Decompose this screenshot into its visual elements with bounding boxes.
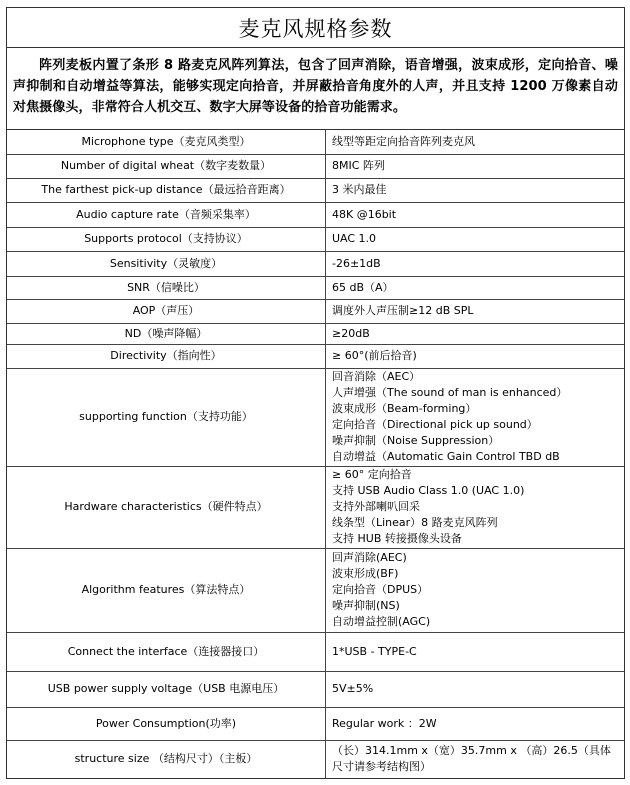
spec-value-line: 波束成形（Beam-forming） xyxy=(332,401,618,417)
spec-value-line: 1*USB - TYPE-C xyxy=(332,644,618,660)
spec-label: Hardware characteristics（硬件特点） xyxy=(7,466,326,548)
intro-paragraph: 阵列麦板内置了条形 8 路麦克风阵列算法，包含了回声消除，语音增强，波束成形，定… xyxy=(7,48,624,130)
spec-value-line: 8MIC 阵列 xyxy=(332,158,618,174)
table-row: Microphone type（麦克风类型）线型等距定向拾音阵列麦克风 xyxy=(7,130,624,154)
spec-label: structure size （结构尺寸）（主板） xyxy=(7,740,326,778)
table-row: The farthest pick-up distance（最远拾音距离）3 米… xyxy=(7,178,624,202)
spec-value-line: ≥ 60° 定向拾音 xyxy=(332,467,618,483)
spec-value-line: 65 dB（A） xyxy=(332,280,618,296)
spec-value: 调度外人声压制≥12 dB SPL xyxy=(326,299,625,323)
spec-label: Directivity（指向性） xyxy=(7,344,326,368)
spec-label: Connect the interface（连接器接口） xyxy=(7,632,326,671)
spec-sheet: 麦克风规格参数 阵列麦板内置了条形 8 路麦克风阵列算法，包含了回声消除，语音增… xyxy=(6,7,625,779)
page-title: 麦克风规格参数 xyxy=(7,8,624,48)
table-row: SNR（信噪比）65 dB（A） xyxy=(7,276,624,299)
spec-label: AOP（声压） xyxy=(7,299,326,323)
spec-value-line: 定向拾音（Directional pick up sound） xyxy=(332,417,618,433)
spec-value: 回音消除（AEC） 人声增强（The sound of man is enhan… xyxy=(326,368,625,466)
table-row: supporting function（支持功能） 回音消除（AEC） 人声增强… xyxy=(7,368,624,466)
spec-value-line: 支持 USB Audio Class 1.0 (UAC 1.0) xyxy=(332,483,618,499)
spec-label: ND（噪声降幅） xyxy=(7,323,326,344)
spec-value-line: 线型等距定向拾音阵列麦克风 xyxy=(332,134,618,150)
spec-value: ≥ 60°(前后拾音) xyxy=(326,344,625,368)
spec-value-line: UAC 1.0 xyxy=(332,231,618,247)
spec-value: 3 米内最佳 xyxy=(326,178,625,202)
table-row: Number of digital wheat（数字麦数量）8MIC 阵列 xyxy=(7,154,624,178)
spec-value-line: （长）314.1mm x（宽）35.7mm x （高）26.5（具体尺寸请参考结… xyxy=(332,743,618,775)
table-row: Connect the interface（连接器接口）1*USB - TYPE… xyxy=(7,632,624,671)
spec-value-line: 定向拾音（DPUS） xyxy=(332,582,618,598)
spec-value: -26±1dB xyxy=(326,251,625,276)
spec-value-line: 调度外人声压制≥12 dB SPL xyxy=(332,303,618,319)
spec-value-line: 支持外部喇叭回采 xyxy=(332,499,618,515)
table-row: Sensitivity（灵敏度）-26±1dB xyxy=(7,251,624,276)
spec-value-line: 线条型（Linear）8 路麦克风阵列 xyxy=(332,515,618,531)
spec-label: USB power supply voltage（USB 电源电压） xyxy=(7,671,326,707)
spec-value-line: 人声增强（The sound of man is enhanced） xyxy=(332,385,618,401)
spec-value: 1*USB - TYPE-C xyxy=(326,632,625,671)
spec-value-line: 自动增益（Automatic Gain Control TBD dB xyxy=(332,449,618,465)
spec-value: ≥20dB xyxy=(326,323,625,344)
spec-value-line: 自动增益控制(AGC) xyxy=(332,614,618,630)
table-row: structure size （结构尺寸）（主板）（长）314.1mm x（宽）… xyxy=(7,740,624,778)
spec-value: 线型等距定向拾音阵列麦克风 xyxy=(326,130,625,154)
spec-value: UAC 1.0 xyxy=(326,227,625,251)
spec-label: Sensitivity（灵敏度） xyxy=(7,251,326,276)
spec-value-line: 波束形成(BF) xyxy=(332,566,618,582)
spec-label: Algorithm features（算法特点） xyxy=(7,548,326,632)
table-row: AOP（声压）调度外人声压制≥12 dB SPL xyxy=(7,299,624,323)
spec-value-line: 支持 HUB 转接摄像头设备 xyxy=(332,531,618,547)
spec-value: 回声消除(AEC) 波束形成(BF) 定向拾音（DPUS） 噪声抑制(NS) 自… xyxy=(326,548,625,632)
table-row: USB power supply voltage（USB 电源电压）5V±5% xyxy=(7,671,624,707)
table-row: Directivity（指向性）≥ 60°(前后拾音) xyxy=(7,344,624,368)
spec-value-line: -26±1dB xyxy=(332,256,618,272)
spec-label: Number of digital wheat（数字麦数量） xyxy=(7,154,326,178)
table-row: Supports protocol（支持协议）UAC 1.0 xyxy=(7,227,624,251)
spec-value-line: 3 米内最佳 xyxy=(332,182,618,198)
spec-value-line: ≥20dB xyxy=(332,326,618,342)
spec-value: 5V±5% xyxy=(326,671,625,707)
spec-label: Power Consumption(功率) xyxy=(7,707,326,740)
spec-value: 65 dB（A） xyxy=(326,276,625,299)
spec-value-line: 噪声抑制（Noise Suppression） xyxy=(332,433,618,449)
spec-table: Microphone type（麦克风类型）线型等距定向拾音阵列麦克风 Numb… xyxy=(7,130,624,778)
spec-label: SNR（信噪比） xyxy=(7,276,326,299)
spec-value: Regular work ：2W xyxy=(326,707,625,740)
spec-label: The farthest pick-up distance（最远拾音距离） xyxy=(7,178,326,202)
spec-value: （长）314.1mm x（宽）35.7mm x （高）26.5（具体尺寸请参考结… xyxy=(326,740,625,778)
spec-label: Microphone type（麦克风类型） xyxy=(7,130,326,154)
table-row: ND（噪声降幅）≥20dB xyxy=(7,323,624,344)
table-row: Audio capture rate（音频采集率）48K @16bit xyxy=(7,202,624,227)
table-row: Algorithm features（算法特点） 回声消除(AEC) 波束形成(… xyxy=(7,548,624,632)
spec-value: 48K @16bit xyxy=(326,202,625,227)
spec-value-line: 48K @16bit xyxy=(332,207,618,223)
spec-value-line: 5V±5% xyxy=(332,681,618,697)
spec-value: ≥ 60° 定向拾音 支持 USB Audio Class 1.0 (UAC 1… xyxy=(326,466,625,548)
spec-value-line: ≥ 60°(前后拾音) xyxy=(332,348,618,364)
spec-value: 8MIC 阵列 xyxy=(326,154,625,178)
spec-value-line: 回音消除（AEC） xyxy=(332,369,618,385)
spec-label: supporting function（支持功能） xyxy=(7,368,326,466)
spec-value-line: Regular work ：2W xyxy=(332,716,618,732)
table-row: Power Consumption(功率)Regular work ：2W xyxy=(7,707,624,740)
spec-label: Audio capture rate（音频采集率） xyxy=(7,202,326,227)
spec-label: Supports protocol（支持协议） xyxy=(7,227,326,251)
spec-value-line: 噪声抑制(NS) xyxy=(332,598,618,614)
spec-value-line: 回声消除(AEC) xyxy=(332,550,618,566)
table-row: Hardware characteristics（硬件特点） ≥ 60° 定向拾… xyxy=(7,466,624,548)
